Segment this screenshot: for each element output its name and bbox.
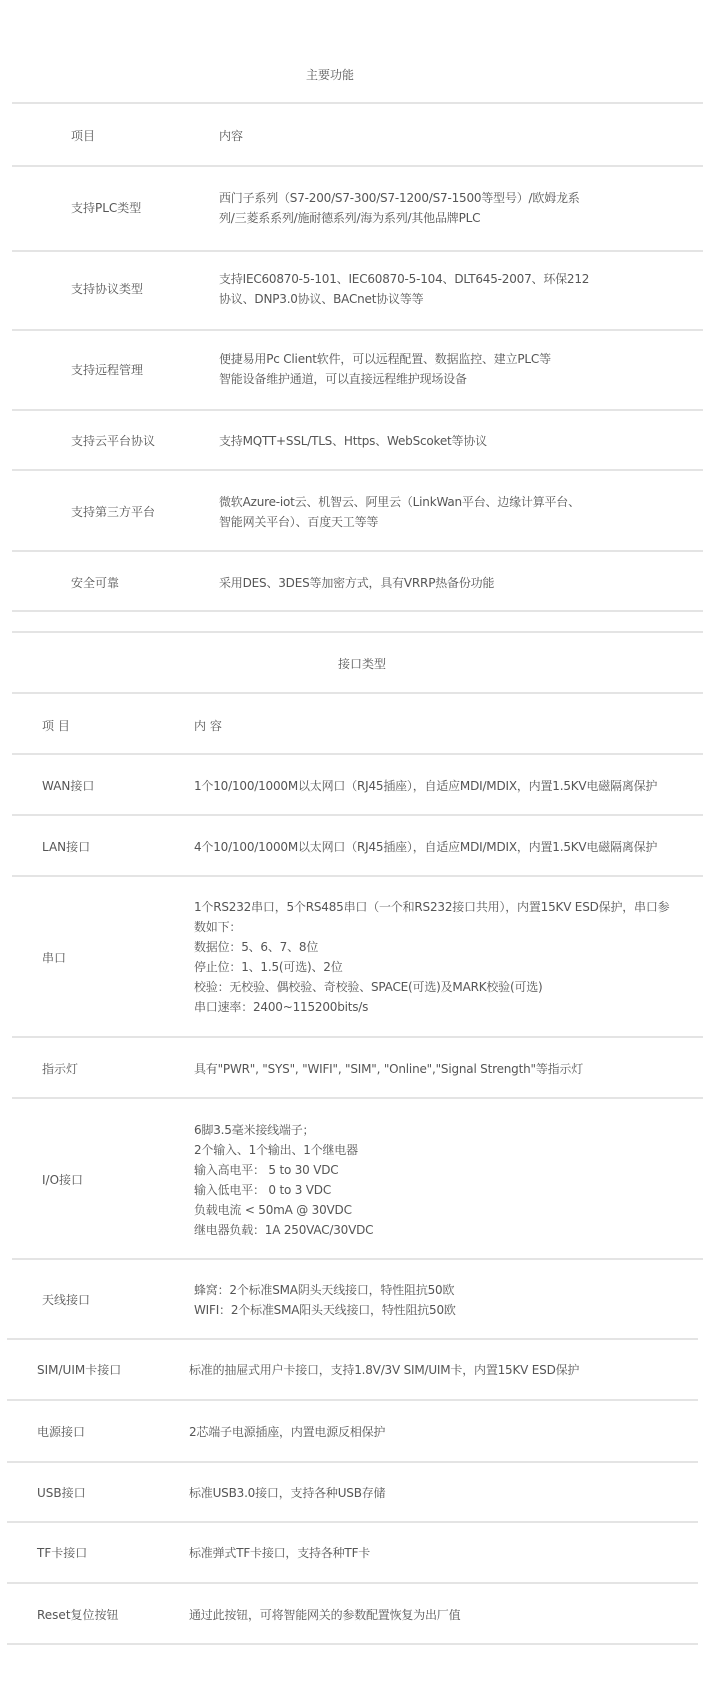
row-label: 支持云平台协议	[71, 433, 155, 449]
row-label: I/O接口	[42, 1172, 83, 1188]
row-label: USB接口	[37, 1485, 86, 1501]
divider	[12, 469, 703, 471]
row-label: 支持PLC类型	[71, 200, 141, 216]
divider	[12, 753, 703, 755]
divider	[7, 1643, 698, 1645]
header-content: 内 容	[194, 718, 222, 734]
divider	[12, 1097, 703, 1099]
row-content: 1个RS232串口，5个RS485串口（一个和RS232接口共用），内置15KV…	[194, 897, 669, 1017]
divider	[7, 1338, 698, 1340]
row-label: 安全可靠	[71, 575, 119, 591]
header-item: 项 目	[42, 718, 70, 734]
row-label: SIM/UIM卡接口	[37, 1362, 121, 1378]
row-content: 标准弹式TF卡接口，支持各种TF卡	[189, 1543, 370, 1563]
divider	[7, 1582, 698, 1584]
section-title-interfaces: 接口类型	[338, 656, 386, 672]
row-content: 采用DES、3DES等加密方式，具有VRRP热备份功能	[219, 573, 494, 593]
row-label: 支持协议类型	[71, 281, 143, 297]
section-title-features: 主要功能	[306, 67, 354, 83]
row-label: 串口	[42, 950, 66, 966]
row-label: 支持第三方平台	[71, 504, 155, 520]
divider	[7, 1461, 698, 1463]
divider	[12, 102, 703, 104]
divider	[12, 610, 703, 612]
divider	[12, 409, 703, 411]
row-content: 标准USB3.0接口，支持各种USB存储	[189, 1483, 385, 1503]
row-label: Reset复位按钮	[37, 1607, 119, 1623]
row-label: 电源接口	[37, 1424, 85, 1440]
row-content: 标准的抽屉式用户卡接口，支持1.8V/3V SIM/UIM卡，内置15KV ES…	[189, 1360, 579, 1380]
row-label: LAN接口	[42, 839, 90, 855]
row-content: 具有"PWR", "SYS", "WIFI", "SIM", "Online",…	[194, 1059, 583, 1079]
divider	[12, 329, 703, 331]
row-content: 支持IEC60870-5-101、IEC60870-5-104、DLT645-2…	[219, 269, 589, 309]
row-content: 1个10/100/1000M以太网口（RJ45插座），自适应MDI/MDIX，内…	[194, 776, 657, 796]
row-content: 便捷易用Pc Client软件，可以远程配置、数据监控、建立PLC等 智能设备维…	[219, 349, 551, 389]
row-content: 通过此按钮，可将智能网关的参数配置恢复为出厂值	[189, 1605, 460, 1625]
divider	[12, 165, 703, 167]
divider	[12, 692, 703, 694]
row-label: 支持远程管理	[71, 362, 143, 378]
row-label: 指示灯	[42, 1061, 78, 1077]
divider	[7, 1399, 698, 1401]
row-label: 天线接口	[42, 1292, 90, 1308]
divider	[12, 550, 703, 552]
row-label: TF卡接口	[37, 1545, 87, 1561]
divider	[12, 814, 703, 816]
divider	[12, 250, 703, 252]
row-content: 4个10/100/1000M以太网口（RJ45插座），自适应MDI/MDIX，内…	[194, 837, 657, 857]
row-content: 蜂窝：2个标准SMA阴头天线接口，特性阻抗50欧 WIFI：2个标准SMA阳头天…	[194, 1280, 456, 1320]
header-item: 项目	[71, 128, 95, 144]
row-content: 西门子系列（S7-200/S7-300/S7-1200/S7-1500等型号）/…	[219, 188, 580, 228]
row-content: 6脚3.5毫米接线端子； 2个输入、1个输出、1个继电器 输入高电平： 5 to…	[194, 1120, 373, 1240]
divider	[7, 1521, 698, 1523]
row-content: 微软Azure-iot云、机智云、阿里云（LinkWan平台、边缘计算平台、 智…	[219, 492, 580, 532]
row-content: 支持MQTT+SSL/TLS、Https、WebScoket等协议	[219, 431, 487, 451]
divider	[12, 631, 703, 633]
divider	[12, 875, 703, 877]
divider	[12, 1036, 703, 1038]
divider	[12, 1258, 703, 1260]
row-content: 2芯端子电源插座，内置电源反相保护	[189, 1422, 385, 1442]
row-label: WAN接口	[42, 778, 94, 794]
header-content: 内容	[219, 128, 243, 144]
